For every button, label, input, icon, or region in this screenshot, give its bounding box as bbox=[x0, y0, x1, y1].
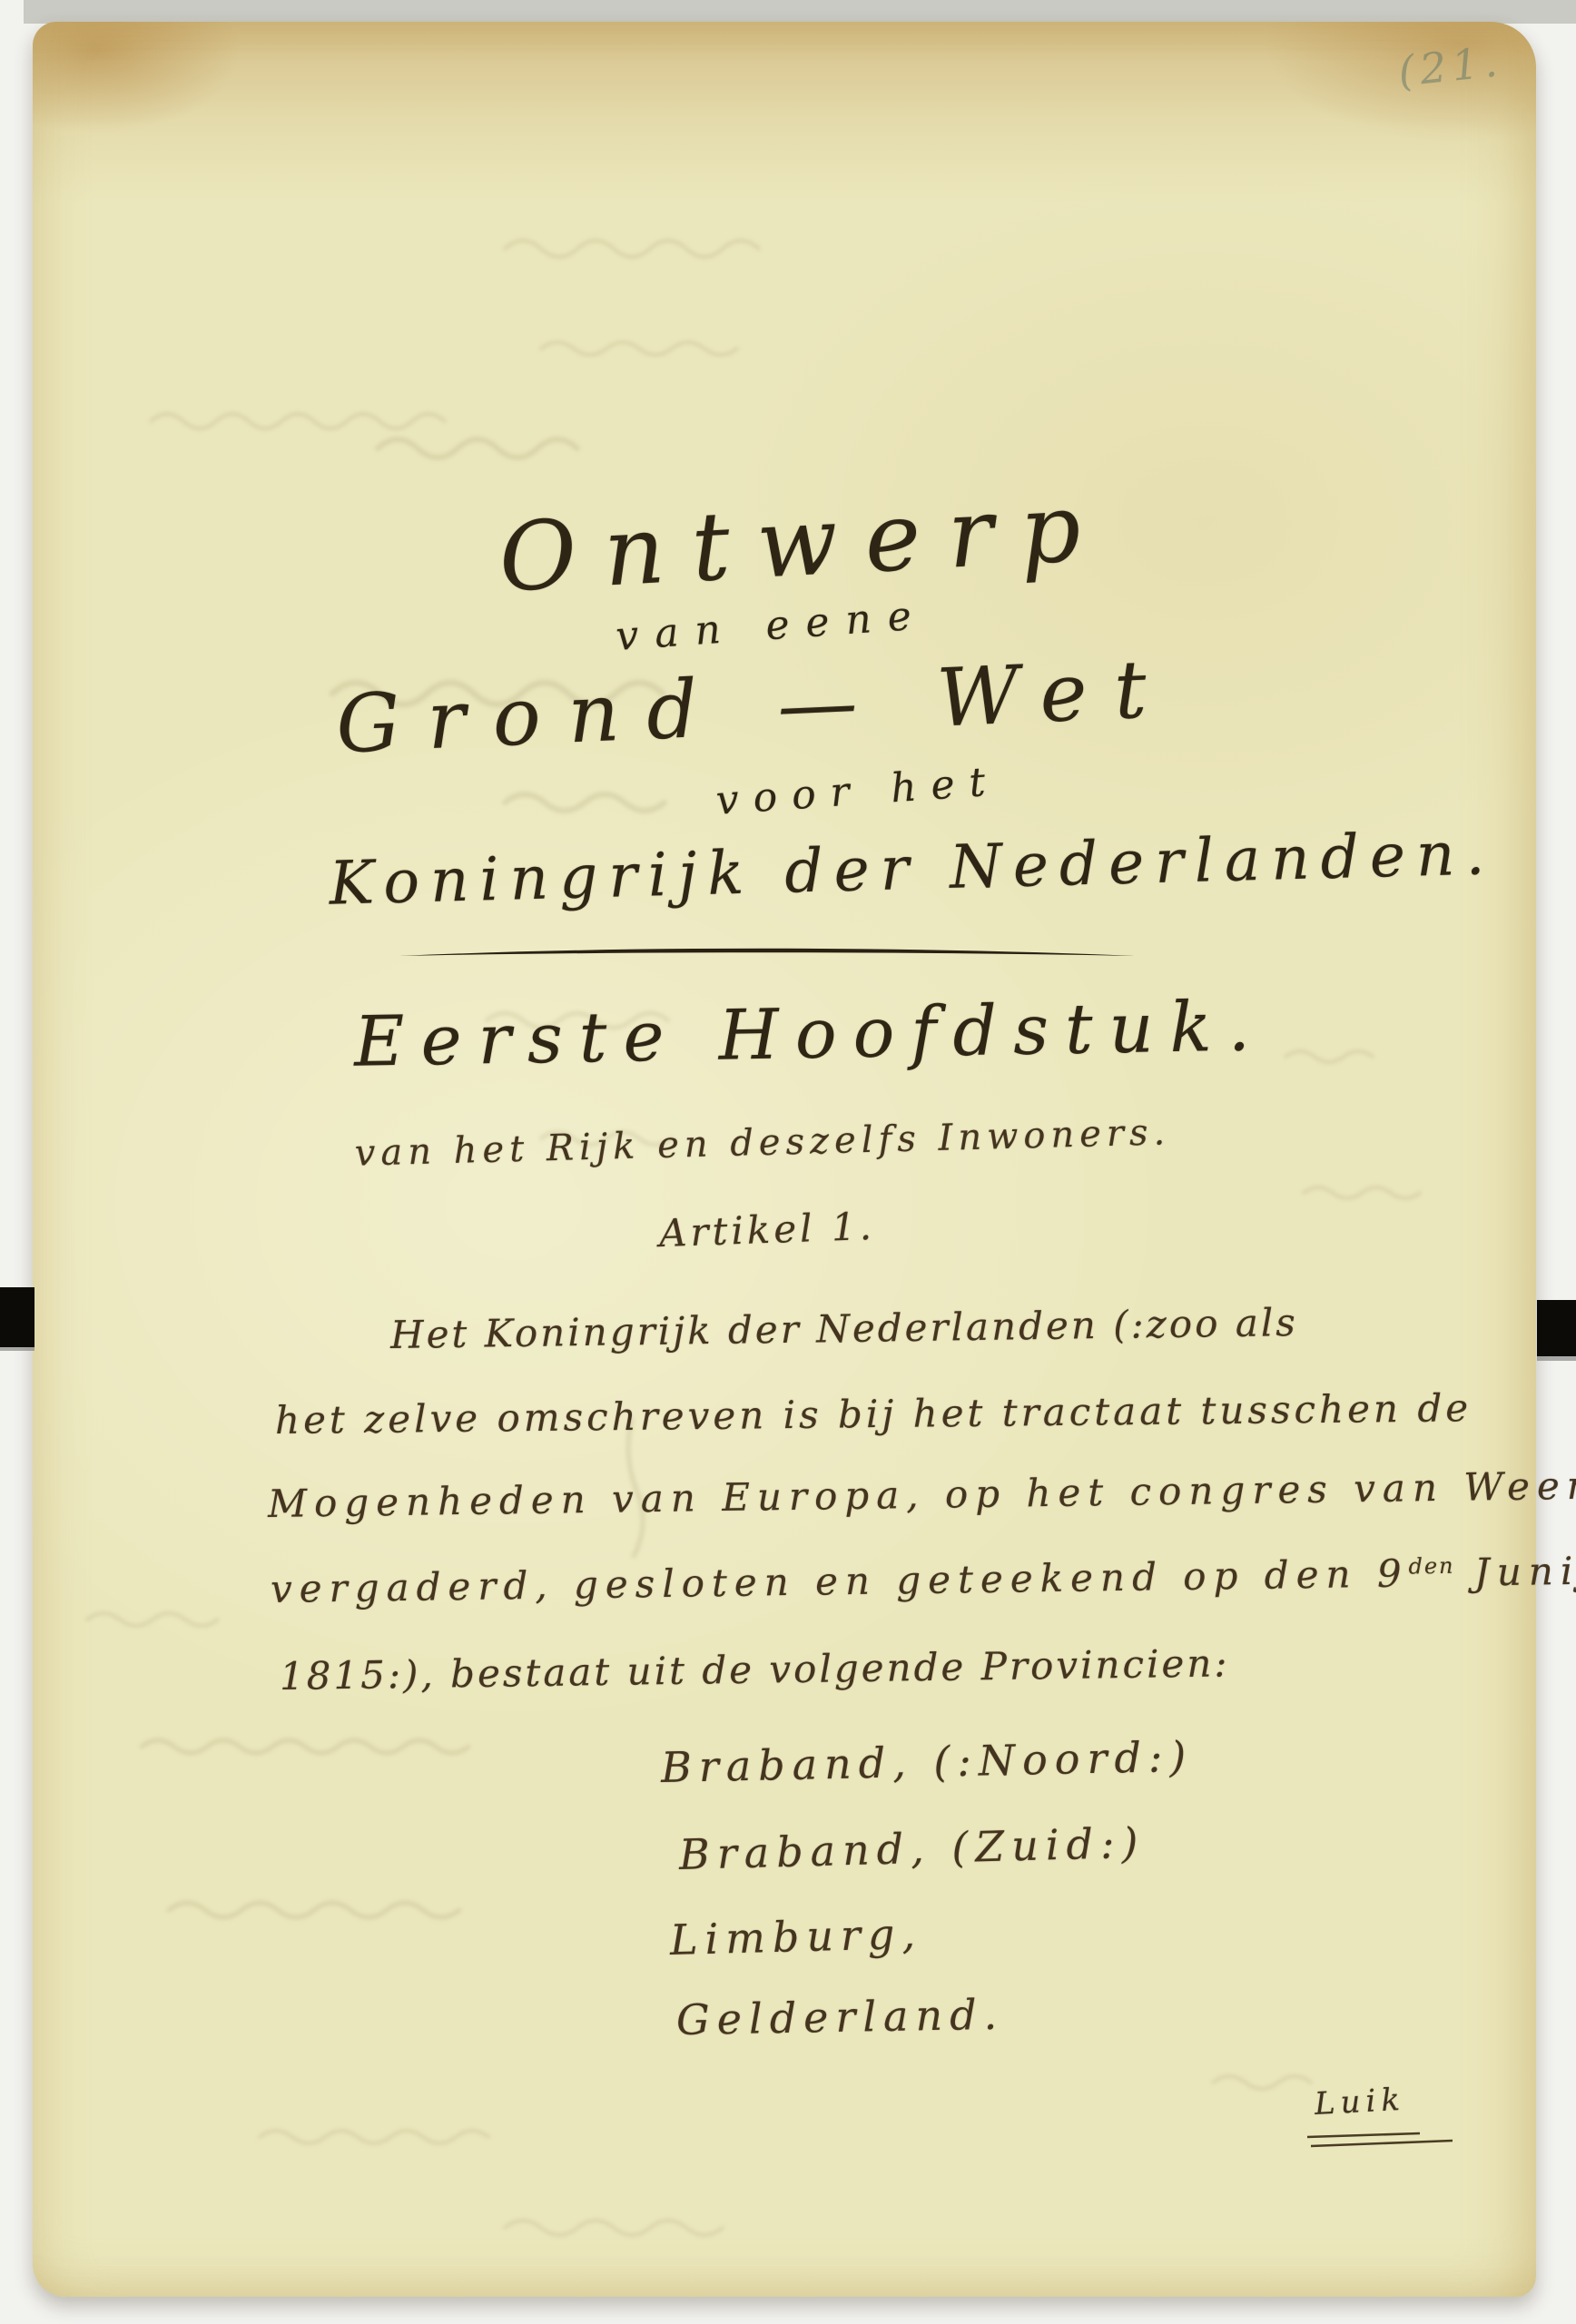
left-edge-clamp-mark bbox=[0, 1287, 34, 1347]
right-edge-clamp-mark bbox=[1537, 1300, 1576, 1356]
scanned-manuscript-page: { "document_page": { "pencil_page_number… bbox=[0, 0, 1576, 2324]
catchword-luik: Luik bbox=[1314, 2082, 1406, 2122]
province-item: Gelderland. bbox=[676, 1990, 1005, 2044]
title-flourish-rule bbox=[399, 948, 1135, 962]
chapter-heading: Eerste Hoofdstuk. bbox=[353, 985, 1262, 1081]
catchword-double-underline bbox=[1302, 2130, 1456, 2153]
province-item: Limburg, bbox=[669, 1909, 922, 1965]
body-line-4-superscript: den bbox=[1408, 1553, 1454, 1580]
body-line-4-tail: Junij bbox=[1454, 1549, 1576, 1595]
scanner-backing-strip bbox=[24, 0, 1576, 24]
